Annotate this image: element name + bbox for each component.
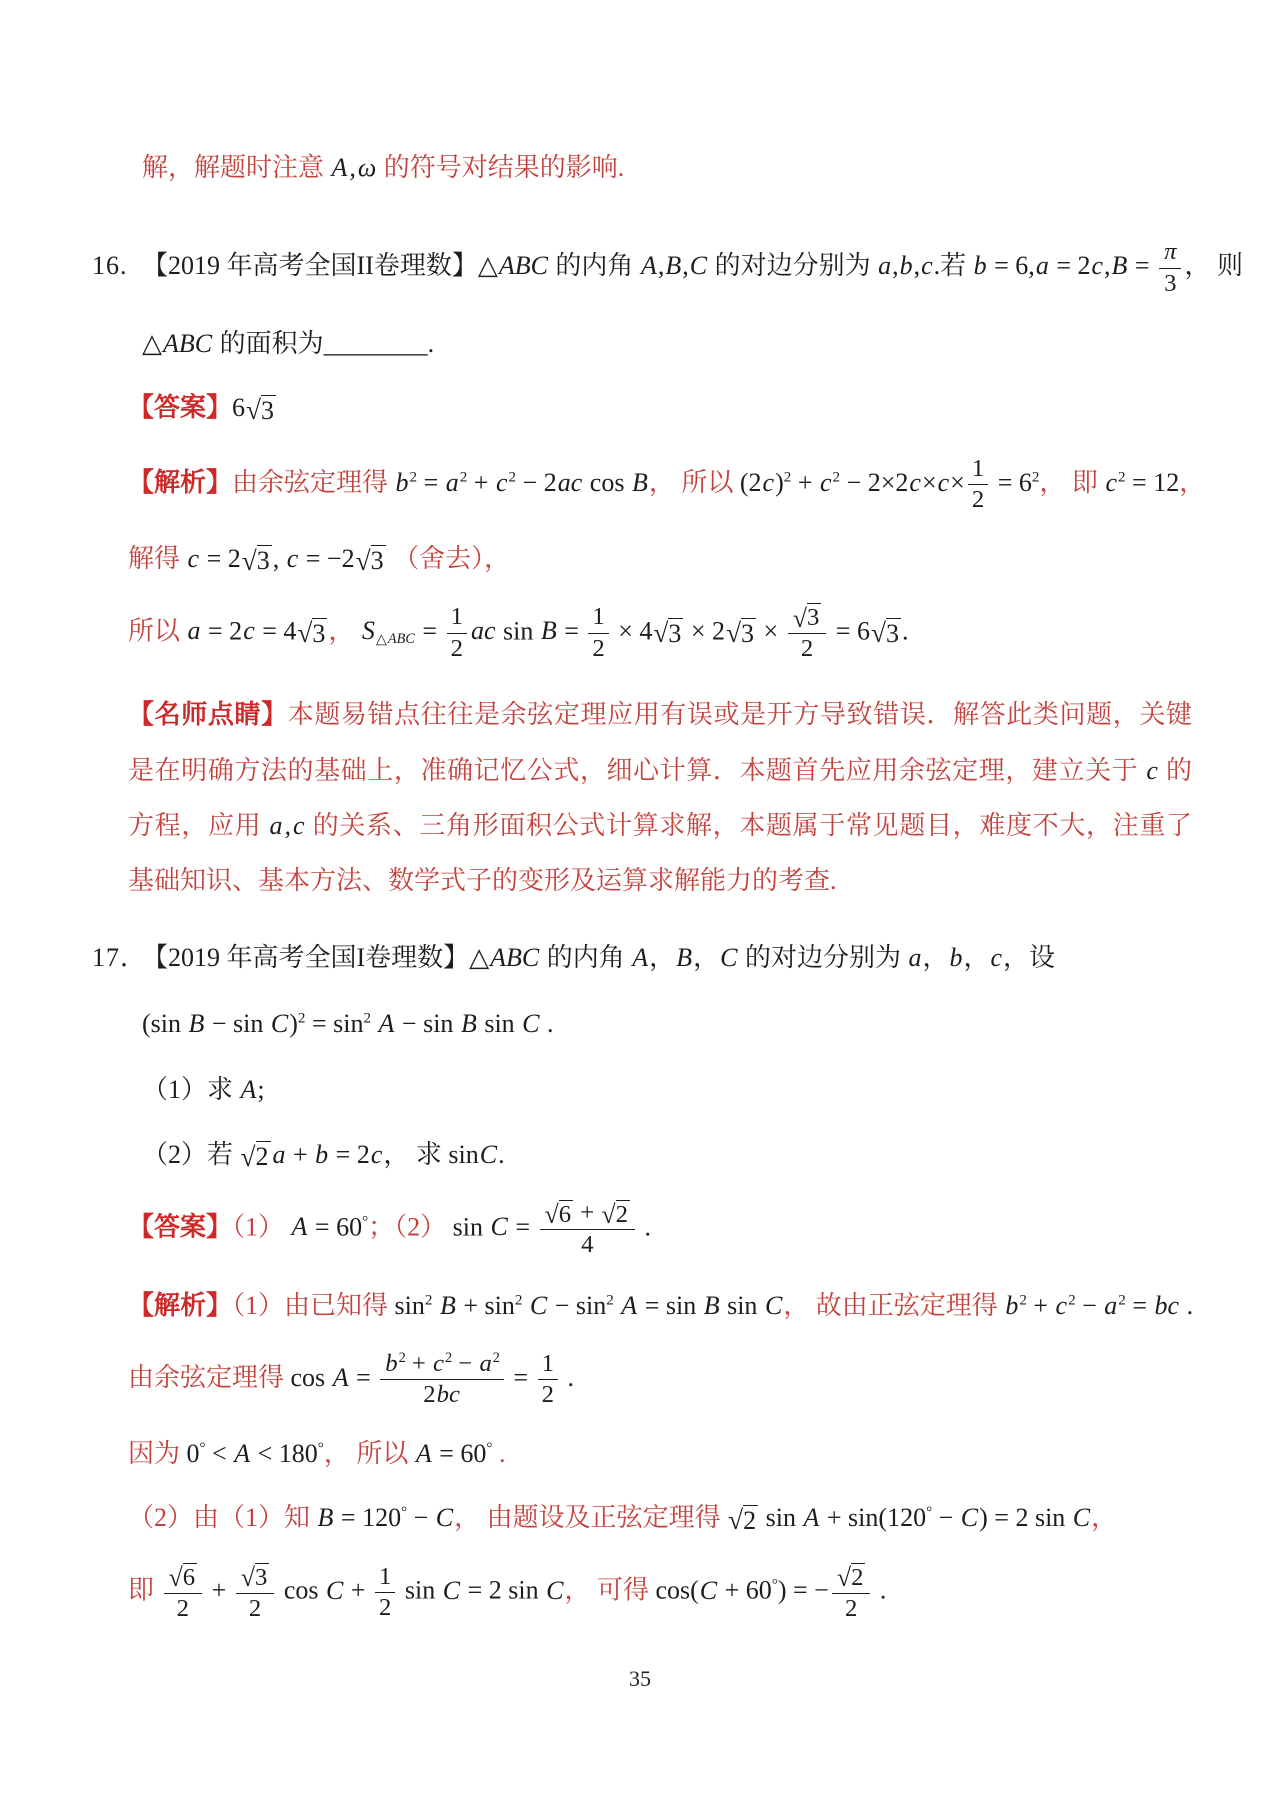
problem-number: 17． — [92, 938, 142, 978]
text-run: cos — [583, 468, 631, 497]
text-run: = 2 — [1050, 251, 1091, 280]
text-run: = — [350, 1363, 378, 1392]
text-run: . — [428, 329, 435, 358]
text-run: 0 — [187, 1439, 200, 1468]
text-run: + — [574, 1199, 600, 1226]
text-run: 可得 — [597, 1576, 656, 1605]
text-run: 所以 — [128, 616, 187, 645]
math-variable: bc — [436, 1381, 461, 1408]
radical-sign: √ — [871, 619, 886, 648]
math-variable: C — [960, 1503, 979, 1532]
text-run: − — [452, 1350, 478, 1377]
superscript: 2 — [606, 1292, 614, 1308]
text-run: ________ — [324, 329, 428, 358]
text-run: ) — [775, 468, 784, 497]
superscript: 2 — [1118, 1292, 1126, 1308]
problem-17-analysis-line4: （2）由（1）知 B = 120° − C， 由题设及正弦定理得 √2 sin … — [128, 1498, 1192, 1538]
text-run: △ — [142, 329, 162, 358]
text-run: = 12 — [1126, 468, 1180, 497]
text-run: × 2 — [684, 616, 725, 645]
math-variable: C — [479, 1140, 498, 1169]
text-run: = sin — [305, 1009, 363, 1038]
text-run: . — [1180, 1291, 1193, 1320]
text-run: + — [791, 468, 819, 497]
math-variable: b — [1004, 1291, 1019, 1320]
fraction-numerator: √3 — [788, 603, 827, 634]
text-run: sin — [478, 1009, 521, 1038]
text-run: 【2019 年高考全国I卷理数】△ — [142, 943, 489, 972]
text-run: = 4 — [256, 616, 297, 645]
page-number: 35 — [629, 1666, 651, 1691]
text-run: 2 — [851, 1564, 863, 1591]
square-root: √3 — [871, 618, 901, 648]
fraction: π3 — [1159, 238, 1181, 298]
text-run: ， — [454, 1503, 487, 1532]
text-run: 即 — [1072, 468, 1105, 497]
text-run: 3 — [312, 619, 325, 648]
math-variable: C — [442, 1576, 461, 1605]
math-variable: , — [284, 811, 293, 840]
superscript: 2 — [1118, 469, 1126, 485]
math-variable: A — [802, 1503, 820, 1532]
math-variable: ABC — [489, 943, 540, 972]
problem-16-statement-line2: △ABC 的面积为________. — [142, 324, 1192, 364]
superscript: 2 — [493, 1350, 500, 1366]
text-run: 即 — [128, 1576, 161, 1605]
math-variable: c — [1090, 251, 1104, 280]
text-run: 【解析】 — [128, 468, 232, 497]
math-variable: a — [445, 468, 460, 497]
text-run: sin — [496, 616, 539, 645]
math-variable: b — [395, 468, 410, 497]
text-run: 2 — [972, 486, 984, 513]
fraction: 12 — [538, 1350, 558, 1410]
square-root: √3 — [793, 603, 822, 632]
text-run: . — [638, 1212, 651, 1241]
text-run: < 180 — [251, 1439, 318, 1468]
text-run: × — [757, 616, 785, 645]
text-run: ) — [778, 1576, 787, 1605]
fraction-numerator: √3 — [236, 1562, 275, 1593]
text-run: 3 — [886, 619, 899, 648]
math-variable: C — [529, 1291, 548, 1320]
text-run: = 2 — [202, 616, 243, 645]
problem-17-equation: (sin B − sin C)2 = sin2 A − sin B sin C … — [142, 1004, 1192, 1044]
math-variable: c — [908, 468, 922, 497]
text-run: 【答案】 — [128, 1212, 232, 1241]
fraction-denominator: 2 — [375, 1593, 395, 1622]
text-run: 3 — [257, 546, 270, 575]
text-run: − sin — [395, 1009, 460, 1038]
text-run: × — [922, 468, 937, 497]
text-run: 2 — [801, 635, 813, 662]
math-variable: b — [314, 1140, 329, 1169]
text-run: ， — [564, 1576, 597, 1605]
text-run: , — [1104, 251, 1111, 280]
text-run: 故由正弦定理得 — [816, 1291, 1005, 1320]
text-run: − — [1076, 1291, 1104, 1320]
problem-number: 16. — [92, 246, 142, 286]
math-variable: C — [490, 1212, 509, 1241]
text-run: 3 — [807, 604, 819, 631]
text-run: 2 — [616, 1201, 628, 1228]
text-run: 【2019 年高考全国II卷理数】△ — [142, 251, 498, 280]
math-variable: a — [269, 811, 284, 840]
text-run: ， — [963, 943, 989, 972]
text-run: 4 — [581, 1231, 593, 1258]
text-run: − 2 — [516, 468, 557, 497]
text-run: = 6 — [991, 468, 1032, 497]
math-variable: c — [1104, 468, 1118, 497]
text-run: ， — [1179, 468, 1205, 497]
text-run: 2 — [542, 1381, 554, 1408]
text-run: ， — [693, 943, 719, 972]
text-run: 3 — [668, 619, 681, 648]
text-run: 2 — [363, 1011, 371, 1027]
problem-16-statement: 16.【2019 年高考全国II卷理数】△ABC 的内角 A,B,C 的对边分别… — [142, 238, 1192, 298]
fraction-numerator: √6 — [164, 1562, 203, 1593]
radicand: 2 — [256, 1141, 271, 1171]
text-run: = sin — [638, 1291, 703, 1320]
problem-16-analysis-line1: 【解析】由余弦定理得 b2 = a2 + c2 − 2ac cos B， 所以 … — [128, 455, 1192, 515]
math-variable: B — [317, 1503, 335, 1532]
text-run: 6 — [183, 1564, 195, 1591]
text-run: = 6 — [829, 616, 870, 645]
text-run: = — [417, 468, 445, 497]
math-variable: C — [545, 1576, 564, 1605]
fraction: √32 — [788, 603, 827, 664]
math-variable: c — [292, 811, 306, 840]
text-run: 3 — [261, 396, 274, 425]
text-run: × — [950, 468, 965, 497]
math-variable: bc — [1154, 1291, 1181, 1320]
math-variable: A — [378, 1009, 396, 1038]
math-variable: a — [1035, 251, 1050, 280]
math-variable: c — [762, 468, 776, 497]
radical-sign: √ — [242, 547, 257, 576]
math-variable: b — [899, 251, 914, 280]
text-run: 1 — [379, 1563, 391, 1590]
radical-sign: √ — [726, 619, 741, 648]
fraction-denominator: 3 — [1159, 269, 1181, 298]
text-run: = 60 — [433, 1439, 487, 1468]
radicand: 6 — [559, 1200, 573, 1229]
text-run: 1 — [972, 455, 984, 482]
text-run: （2）若 — [142, 1140, 240, 1169]
text-run: − sin — [548, 1291, 606, 1320]
text-run: 2 — [410, 469, 418, 485]
fraction: √62 — [164, 1562, 203, 1623]
text-run: sin — [398, 1576, 441, 1605]
text-run: 2 — [423, 1381, 435, 1408]
text-run: ， — [649, 943, 675, 972]
math-variable: A — [631, 943, 649, 972]
math-variable: C — [699, 1576, 718, 1605]
fraction-denominator: 2 — [588, 634, 608, 663]
text-run: ， 则 — [1184, 251, 1243, 280]
text-run: （2） — [394, 1212, 453, 1241]
math-variable: C — [521, 1009, 540, 1038]
square-root: √3 — [297, 618, 327, 648]
text-run: 120 — [887, 1503, 926, 1532]
text-run: 2 — [1019, 1292, 1027, 1308]
math-variable: A — [332, 1363, 350, 1392]
math-variable: B — [703, 1291, 721, 1320]
radicand: 6 — [183, 1563, 197, 1592]
math-variable: A — [240, 1075, 258, 1104]
superscript: 2 — [363, 1011, 371, 1027]
superscript: 2 — [1068, 1292, 1076, 1308]
math-variable: C — [1072, 1503, 1091, 1532]
math-variable: B — [540, 616, 558, 645]
text-run: (sin — [142, 1009, 188, 1038]
math-variable: A — [233, 1439, 251, 1468]
radical-sign: √ — [793, 605, 807, 632]
text-run: . — [873, 1576, 886, 1605]
superscript: 2 — [509, 469, 517, 485]
fraction-numerator: 1 — [538, 1350, 558, 1380]
text-run: + — [406, 1350, 432, 1377]
math-variable: ω — [357, 153, 377, 182]
text-run: = 6, — [988, 251, 1035, 280]
text-run: 2 — [845, 1595, 857, 1622]
text-run: + — [467, 468, 495, 497]
text-run: （2）由（1）知 — [128, 1503, 317, 1532]
text-run: × 4 — [612, 616, 653, 645]
square-root: √3 — [726, 618, 756, 648]
text-run: ， — [783, 1291, 816, 1320]
fraction-denominator: 2 — [538, 1380, 558, 1409]
text-run: 2 — [493, 1350, 500, 1366]
radical-sign: √ — [241, 1564, 255, 1591]
text-run: 解得 — [128, 544, 187, 573]
text-run: （1） — [232, 1291, 284, 1320]
text-run: + sin — [820, 1503, 878, 1532]
square-root: √2 — [601, 1200, 630, 1229]
text-run: 的内角 — [549, 251, 640, 280]
fraction-numerator: 1 — [375, 1563, 395, 1593]
radicand: 2 — [743, 1505, 758, 1535]
text-run: 3 — [255, 1564, 267, 1591]
text-run: sin — [759, 1503, 802, 1532]
problem-17-analysis-line2: 由余弦定理得 cos A = b2 + c2 − a22bc = 12 . — [128, 1350, 1192, 1410]
math-variable: ABC — [387, 631, 416, 647]
text-run: ; — [257, 1075, 264, 1104]
text-run: − 2×2 — [840, 468, 908, 497]
square-root: √3 — [242, 545, 272, 575]
square-root: √2 — [728, 1505, 758, 1535]
math-variable: a — [272, 1140, 287, 1169]
math-variable: a — [478, 1350, 492, 1377]
math-variable: a — [907, 943, 922, 972]
text-run: 3 — [1164, 270, 1176, 297]
math-variable: c — [370, 1140, 384, 1169]
page-footer: 35 — [0, 1666, 1280, 1692]
fraction-denominator: 2bc — [380, 1380, 504, 1409]
fraction: b2 + c2 − a22bc — [380, 1350, 504, 1410]
fraction-numerator: √2 — [832, 1562, 871, 1593]
math-variable: ABC — [498, 251, 549, 280]
text-run: . — [498, 1140, 505, 1169]
math-variable: a — [187, 616, 202, 645]
text-run: sin — [395, 1291, 425, 1320]
problem-16-teacher-note: 【名师点睛】本题易错点往往是余弦定理应用有误或是开方导致错误．解答此类问题，关键… — [128, 687, 1192, 907]
radicand: 3 — [261, 395, 276, 425]
radical-sign: √ — [169, 1564, 183, 1591]
text-run: ( — [690, 1576, 699, 1605]
radical-sign: √ — [653, 619, 668, 648]
text-run: = 2 — [329, 1140, 370, 1169]
math-variable: c — [819, 468, 833, 497]
math-variable: C — [435, 1503, 454, 1532]
text-run: = — [509, 1212, 537, 1241]
text-run: = 2 sin — [461, 1576, 545, 1605]
radicand: 3 — [807, 603, 821, 632]
text-run: . — [492, 1439, 505, 1468]
radical-sign: √ — [356, 547, 371, 576]
text-run: 2 — [399, 1350, 406, 1366]
text-run: ) — [289, 1009, 298, 1038]
math-variable: c — [495, 468, 509, 497]
fraction: √6 + √24 — [540, 1199, 635, 1260]
text-run: 解，解题时注意 — [142, 153, 331, 182]
text-run: （1） — [232, 1212, 291, 1241]
document-body: 解，解题时注意 A,ω 的符号对结果的影响.16.【2019 年高考全国II卷理… — [0, 0, 1280, 1623]
text-run: 由余弦定理得 — [232, 468, 395, 497]
text-run: (2 — [733, 468, 761, 497]
problem-16-analysis-line2: 解得 c = 2√3, c = −2√3 （舍去）， — [128, 539, 1192, 579]
text-run: = 2 sin — [988, 1503, 1072, 1532]
math-variable: C — [325, 1576, 344, 1605]
math-variable: c — [286, 544, 300, 573]
text-run: + 60 — [718, 1576, 772, 1605]
text-run: 2 — [249, 1595, 261, 1622]
math-variable: , — [348, 153, 357, 182]
fraction-numerator: √6 + √2 — [540, 1199, 635, 1230]
fraction: √22 — [832, 1562, 871, 1623]
fraction-denominator: 2 — [164, 1594, 203, 1623]
text-run: 3 — [371, 546, 384, 575]
text-run: △ — [376, 631, 387, 647]
radical-sign: √ — [728, 1506, 743, 1535]
text-run: ( — [878, 1503, 887, 1532]
radicand: 2 — [851, 1563, 865, 1592]
superscript: 2 — [410, 469, 418, 485]
math-variable: C — [719, 943, 738, 972]
text-run: = − — [787, 1576, 829, 1605]
square-root: √3 — [356, 545, 386, 575]
fraction: 12 — [375, 1563, 395, 1623]
text-run: 2 — [451, 635, 463, 662]
problem-17-answer: 【答案】（1） A = 60°；（2） sin C = √6 + √24 . — [128, 1199, 1192, 1260]
text-run: 的面积为 — [213, 329, 324, 358]
radicand: 3 — [257, 545, 272, 575]
fraction-numerator: π — [1159, 238, 1181, 268]
text-run: 3 — [741, 619, 754, 648]
text-run: 所以 — [356, 1439, 415, 1468]
text-run: , — [682, 251, 689, 280]
square-root: √3 — [241, 1563, 270, 1592]
text-run: ， — [328, 616, 361, 645]
text-run — [432, 1291, 439, 1320]
text-run: . — [561, 1363, 574, 1392]
text-run: + — [287, 1140, 315, 1169]
text-run: 2 — [833, 469, 841, 485]
text-run: = 60 — [308, 1212, 362, 1241]
radical-sign: √ — [297, 619, 312, 648]
math-variable: B — [188, 1009, 206, 1038]
square-root: √3 — [653, 618, 683, 648]
text-run: （舍去）， — [387, 544, 511, 573]
text-run: sin — [721, 1291, 764, 1320]
fraction-denominator: 2 — [832, 1594, 871, 1623]
subscript: △ABC — [376, 631, 416, 647]
radical-sign: √ — [837, 1564, 851, 1591]
math-variable: c — [432, 1350, 445, 1377]
math-variable: A — [620, 1291, 638, 1320]
text-run: ) — [979, 1503, 988, 1532]
text-run: 6 — [559, 1201, 571, 1228]
text-run: 由题设及正弦定理得 — [487, 1503, 728, 1532]
text-run: 【答案】 — [128, 393, 232, 422]
math-variable: S — [361, 616, 376, 645]
fraction-numerator: 1 — [968, 455, 988, 485]
square-root: √6 — [545, 1200, 574, 1229]
square-root: √2 — [837, 1563, 866, 1592]
fraction: √32 — [236, 1562, 275, 1623]
radical-sign: √ — [545, 1201, 559, 1228]
problem-16-answer: 【答案】6√3 — [128, 388, 1192, 428]
text-run: ， — [922, 943, 948, 972]
text-run: 的对边分别为 — [708, 251, 877, 280]
text-run: = 2 — [200, 544, 241, 573]
text-run: 的对边分别为 — [738, 943, 907, 972]
math-variable: B — [664, 251, 682, 280]
text-run: cos — [291, 1363, 332, 1392]
square-root: √2 — [241, 1141, 271, 1171]
math-variable: B — [675, 943, 693, 972]
math-variable: c — [1145, 756, 1159, 785]
text-run: − sin — [205, 1009, 270, 1038]
text-run: 2 — [592, 635, 604, 662]
text-run: 2 — [1118, 1292, 1126, 1308]
text-run: 本题易错点往往是余弦定理应用有误或是开方导致错误．解答此类问题，关键是在明确方法… — [128, 700, 1192, 784]
text-run: , — [892, 251, 899, 280]
math-variable: π — [1163, 238, 1177, 265]
text-run: 【名师点睛】 — [128, 700, 288, 729]
math-variable: b — [948, 943, 963, 972]
text-run: = — [1126, 1291, 1154, 1320]
text-run: 2 — [256, 1142, 269, 1171]
math-variable: B — [460, 1009, 478, 1038]
math-variable: A — [291, 1212, 309, 1241]
math-variable: ac — [470, 616, 497, 645]
math-variable: ac — [557, 468, 584, 497]
math-variable: C — [764, 1291, 783, 1320]
text-run: 1 — [542, 1350, 554, 1377]
text-run: , — [273, 544, 286, 573]
superscript: 2 — [833, 469, 841, 485]
text-run: .若 — [934, 251, 973, 280]
math-variable: ABC — [162, 329, 213, 358]
text-run: 2 — [1118, 469, 1126, 485]
superscript: 2 — [1019, 1292, 1027, 1308]
text-run: + — [1027, 1291, 1055, 1320]
fraction-numerator: 1 — [588, 603, 608, 633]
square-root: √6 — [169, 1563, 198, 1592]
math-variable: c — [989, 943, 1003, 972]
text-run: 的内角 — [540, 943, 631, 972]
